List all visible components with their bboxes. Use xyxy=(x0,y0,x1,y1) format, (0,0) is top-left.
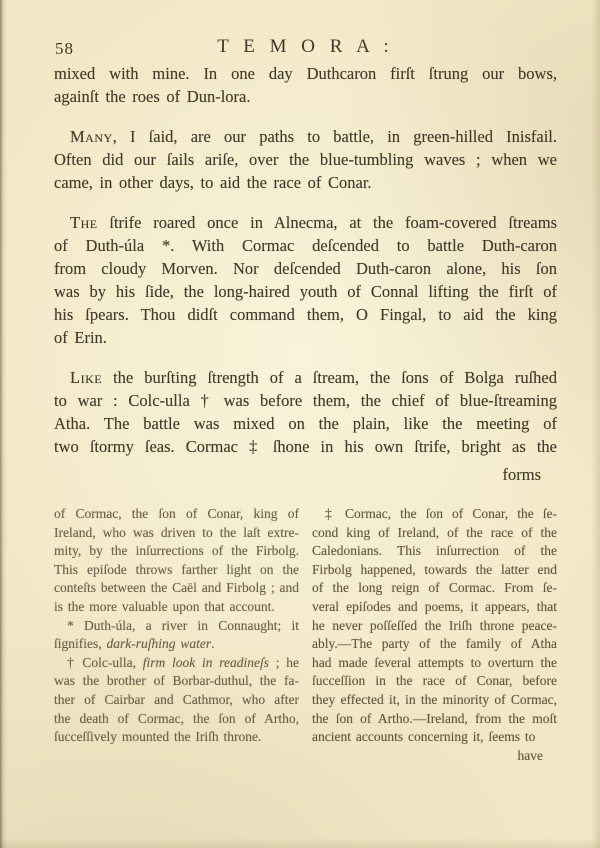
text-line: Like the burſting ſtrength of a ſtream, … xyxy=(54,366,557,389)
footnote-line: mity, by the inſurrections of the Firbol… xyxy=(54,542,299,561)
italic-phrase: firm look in readineſs xyxy=(143,655,269,670)
paragraph: Many, I ſaid, are our paths to battle, i… xyxy=(54,125,557,194)
footnote-line: of the long reign of Cormac. From ſe- xyxy=(312,579,557,598)
footnote-line: ancient accounts concerning it, ſeems to xyxy=(312,728,557,747)
text-line: two ſtormy ſeas. Cormac ‡ ſhone in his o… xyxy=(54,435,557,458)
footnote-line: they effected it, in the minority of Cor… xyxy=(312,691,557,710)
book-page: 58 T E M O R A : mixed with mine. In one… xyxy=(0,0,600,848)
running-title: T E M O R A : xyxy=(54,36,557,58)
main-text-block: mixed with mine. In one day Duthcaron fi… xyxy=(54,62,557,458)
footnote-line: the ſon of Artho.—Ireland, from the moſt xyxy=(312,710,557,729)
footnote-line: veral epiſodes and poems, it appears, th… xyxy=(312,598,557,617)
text-line: of Duth-úla *. With Cormac deſcended to … xyxy=(54,234,557,257)
footnote-line: had made ſeveral attempts to overturn th… xyxy=(312,654,557,673)
small-caps-opener: Many xyxy=(70,127,113,146)
paragraph: The ſtrife roared once in Alnecma, at th… xyxy=(54,211,557,349)
text-line: from cloudy Morven. Nor deſcended Duth-c… xyxy=(54,257,557,280)
footnote-line: ther of Cairbar and Cathmor, who after xyxy=(54,691,299,710)
text-line: Often did our ſails ariſe, over the blue… xyxy=(54,148,557,171)
footnote-line: was the brother of Borbar-duthul, the fa… xyxy=(54,672,299,691)
footnote-line: ſucceſſion in the race of Conar, before xyxy=(312,672,557,691)
catchword: forms xyxy=(54,463,557,486)
text-line: came, in other days, to aid the race of … xyxy=(54,171,557,194)
footnote-line: conteſts between the Caël and Firbolg ; … xyxy=(54,579,299,598)
footnote-line: * Duth-úla, a river in Connaught; it xyxy=(54,617,299,636)
footnote-line: cond king of Ireland, of the race of the xyxy=(312,524,557,543)
footnote-line: Firbolg happened, towards the latter end xyxy=(312,561,557,580)
text-line: was by his ſide, the long-haired youth o… xyxy=(54,280,557,303)
small-caps-opener: The xyxy=(70,213,98,232)
footnote-line: † Colc-ulla, firm look in readineſs ; he xyxy=(54,654,299,673)
text-line: Many, I ſaid, are our paths to battle, i… xyxy=(54,125,557,148)
text-line: mixed with mine. In one day Duthcaron fi… xyxy=(54,62,557,85)
small-caps-opener: Like xyxy=(70,368,102,387)
paragraph: mixed with mine. In one day Duthcaron fi… xyxy=(54,62,557,108)
footnote-line: is the more valuable upon that account. xyxy=(54,598,299,617)
text-line: againſt the roes of Dun-lora. xyxy=(54,85,557,108)
footnote-line: Ireland, who was driven to the laſt extr… xyxy=(54,524,299,543)
footnote-line: ‡ Cormac, the ſon of Conar, the ſe- xyxy=(312,505,557,524)
italic-phrase: dark-ruſhing water xyxy=(107,636,212,651)
footnote-line: Caledonians. This inſurrection of the xyxy=(312,542,557,561)
footnote-line: ſucceſſively mounted the Iriſh throne. xyxy=(54,728,299,747)
footnote-column-right: ‡ Cormac, the ſon of Conar, the ſe-cond … xyxy=(312,505,557,765)
footnote-catchword: have xyxy=(312,747,557,766)
text-line: Atha. The battle was mixed on the plain,… xyxy=(54,412,557,435)
footnotes: of Cormac, the ſon of Conar, king ofIrel… xyxy=(54,505,557,765)
footnote-column-left: of Cormac, the ſon of Conar, king ofIrel… xyxy=(54,505,299,765)
footnote-line: This epiſode throws farther light on the xyxy=(54,561,299,580)
footnote-line: ably.—The party of the family of Atha xyxy=(312,635,557,654)
footnote-line: the death of Cormac, the ſon of Artho, xyxy=(54,710,299,729)
paragraph: Like the burſting ſtrength of a ſtream, … xyxy=(54,366,557,458)
page-header: 58 T E M O R A : xyxy=(54,36,557,59)
text-line: of Erin. xyxy=(54,326,557,349)
footnote-line: he never poſſeſſed the Iriſh throne peac… xyxy=(312,617,557,636)
footnote-line: of Cormac, the ſon of Conar, king of xyxy=(54,505,299,524)
text-line: to war : Colc-ulla † was before them, th… xyxy=(54,389,557,412)
text-line: his ſpears. Thou didſt command them, O F… xyxy=(54,303,557,326)
footnote-line: ſignifies, dark-ruſhing water. xyxy=(54,635,299,654)
text-line: The ſtrife roared once in Alnecma, at th… xyxy=(54,211,557,234)
